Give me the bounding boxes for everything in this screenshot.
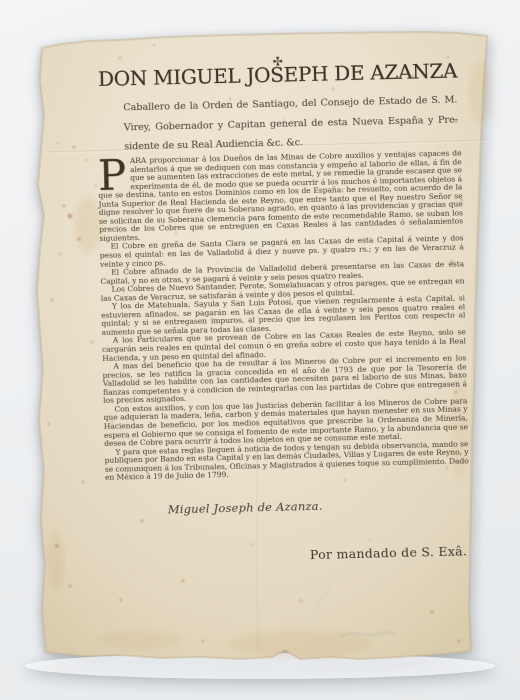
body-paragraph: Y para que estas reglas lleguen á notici… (104, 440, 469, 483)
drop-cap: P (97, 157, 130, 192)
signature: Miguel Joseph de Azanza. (168, 499, 323, 517)
document-content: DON MIGUEL JOSEPH DE AZANZA Caballero de… (95, 43, 473, 651)
lead-paragraph-text: ARA proporcionar á los Dueños de las Min… (98, 148, 463, 242)
photo-background: DON MIGUEL JOSEPH DE AZANZA Caballero de… (0, 0, 520, 700)
document-subtitle: Caballero de la Orden de Santiago, del C… (123, 90, 458, 156)
document-body: PARA proporcionar á los Dueños de las Mi… (97, 149, 469, 482)
closing-formula: Por mandado de S. Exâ. (310, 543, 468, 562)
lead-paragraph: PARA proporcionar á los Dueños de las Mi… (97, 149, 463, 243)
